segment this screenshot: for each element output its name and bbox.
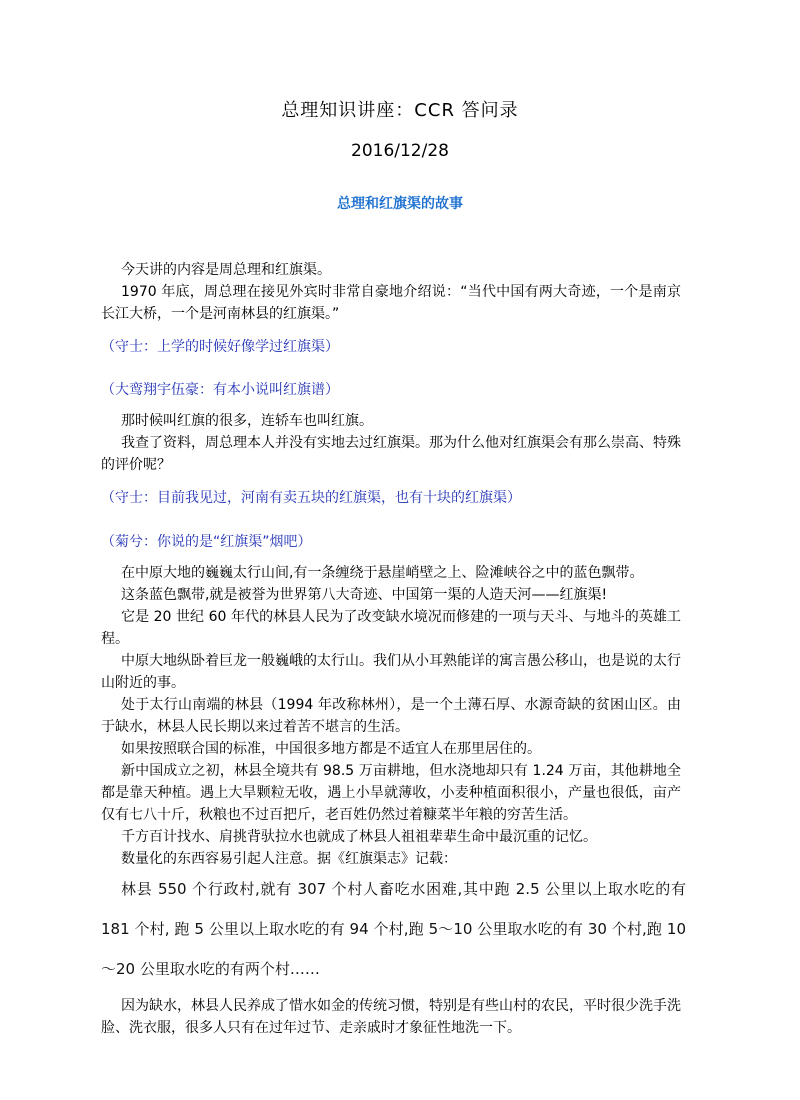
comment-line: （大鸾翔宇伍豪：有本小说叫红旗谱） xyxy=(101,379,681,401)
comment-line: （守士：目前我见过，河南有卖五块的红旗渠，也有十块的红旗渠） xyxy=(101,487,681,509)
comment-line: （菊兮：你说的是“红旗渠”烟吧） xyxy=(101,531,681,553)
paragraph: 处于太行山南端的林县（1994 年改称林州），是一个土薄石厚、水源奇缺的贫困山区… xyxy=(101,694,681,738)
paragraph: 如果按照联合国的标准，中国很多地方都是不适宜人在那里居住的。 xyxy=(101,738,681,760)
paragraph: 新中国成立之初，林县全境共有 98.5 万亩耕地，但水浇地却只有 1.24 万亩… xyxy=(101,760,681,826)
quoted-record: 林县 550 个行政村,就有 307 个村人畜吃水困难,其中跑 2.5 公里以上… xyxy=(101,869,686,989)
paragraph: 在中原大地的巍巍太行山间,有一条缠绕于悬崖峭壁之上、险滩峡谷之中的蓝色飘带。 xyxy=(101,562,681,584)
paragraph: 数量化的东西容易引起人注意。据《红旗渠志》记载： xyxy=(101,848,681,870)
section-subtitle: 总理和红旗渠的故事 xyxy=(0,193,800,213)
paragraph: 千方百计找水、肩挑背驮拉水也就成了林县人祖祖辈辈生命中最沉重的记忆。 xyxy=(101,826,681,848)
paragraph: 1970 年底，周总理在接见外宾时非常自豪地介绍说：“当代中国有两大奇迹，一个是… xyxy=(101,281,681,325)
paragraph: 今天讲的内容是周总理和红旗渠。 xyxy=(101,259,681,281)
paragraph: 中原大地纵卧着巨龙一般巍峨的太行山。我们从小耳熟能详的寓言愚公移山，也是说的太行… xyxy=(101,650,681,694)
paragraph: 我查了资料，周总理本人并没有实地去过红旗渠。那为什么他对红旗渠会有那么崇高、特殊… xyxy=(101,432,681,476)
document-title: 总理知识讲座：CCR 答问录 xyxy=(0,96,800,122)
document-date: 2016/12/28 xyxy=(0,141,800,161)
comment-line: （守士：上学的时候好像学过红旗渠） xyxy=(101,336,681,358)
paragraph: 这条蓝色飘带,就是被誉为世界第八大奇迹、中国第一渠的人造天河——红旗渠! xyxy=(101,584,681,606)
paragraph: 它是 20 世纪 60 年代的林县人民为了改变缺水境况而修建的一项与天斗、与地斗… xyxy=(101,606,681,650)
document-page: 总理知识讲座：CCR 答问录 2016/12/28 总理和红旗渠的故事 今天讲的… xyxy=(0,0,800,1100)
paragraph: 因为缺水，林县人民养成了惜水如金的传统习惯，特别是有些山村的农民，平时很少洗手洗… xyxy=(101,995,681,1039)
paragraph: 那时候叫红旗的很多，连轿车也叫红旗。 xyxy=(101,410,681,432)
